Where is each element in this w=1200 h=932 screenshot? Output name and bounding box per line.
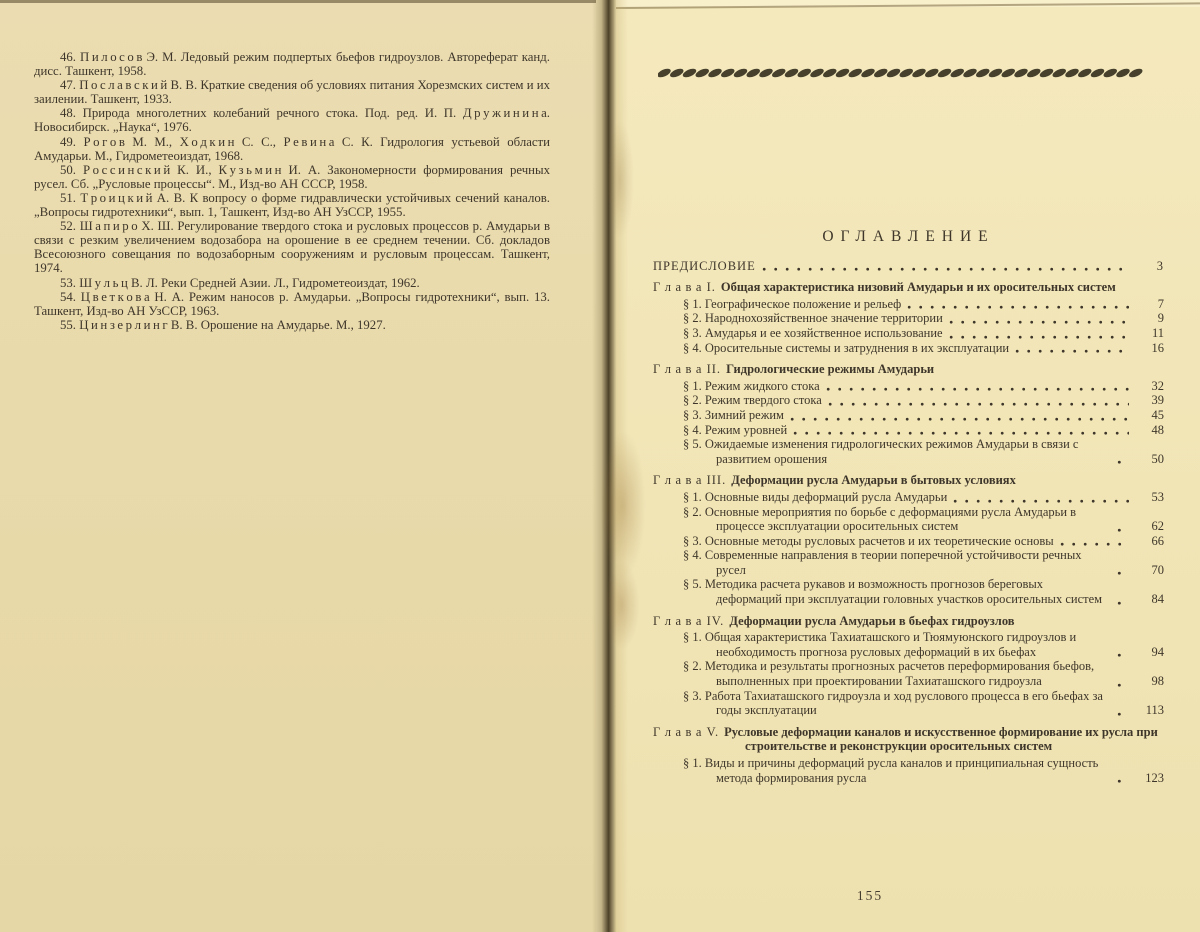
toc-entry-page: 84 [1134, 592, 1164, 607]
toc-entry: § 1. Географическое положение и рельеф7 [683, 297, 1164, 312]
toc-entry-page: 32 [1134, 379, 1164, 394]
dot-leader [1117, 705, 1129, 718]
toc-chapter-heading: Г л а в а III.Деформации русла Амударьи … [653, 473, 1164, 488]
toc-entry-page: 94 [1134, 645, 1164, 660]
bibliography-entry: 50. Р о с с и н с к и й К. И., К у з ь м… [34, 163, 550, 191]
toc-entry: § 2. Основные мероприятия по борьбе с де… [683, 505, 1164, 534]
page-number: 155 [828, 888, 912, 904]
toc-entry-text: § 2. Режим твердого стока [683, 393, 822, 408]
toc-entry: § 3. Основные методы русловых расчетов и… [683, 534, 1164, 549]
toc-entry-page: 39 [1134, 393, 1164, 408]
book-scan: { "colors":{"ink":"#3e362a","paper_left"… [0, 0, 1200, 932]
toc-entry-page: 48 [1134, 423, 1164, 438]
toc-entry-text: § 1. Режим жидкого стока [683, 379, 820, 394]
dot-leader [1117, 453, 1129, 466]
toc-chapter-heading: Г л а в а II.Гидрологические режимы Амуд… [653, 362, 1164, 377]
toc-entry-page: 66 [1134, 534, 1164, 549]
chapter-label: Г л а в а III. [653, 473, 726, 487]
toc-entry-text: § 1. Основные виды деформаций русла Амуд… [683, 490, 947, 505]
toc-entry-text: § 4. Современные направления в теории по… [683, 548, 1111, 577]
toc-entry: § 1. Общая характеристика Тахиаташского … [683, 630, 1164, 659]
toc-entry-page: 11 [1134, 326, 1164, 341]
table-of-contents: ОГЛАВЛЕНИЕ ПРЕДИСЛОВИЕ 3 Г л а в а I.Общ… [653, 230, 1164, 785]
toc-entry-page: 53 [1134, 490, 1164, 505]
toc-preface-row: ПРЕДИСЛОВИЕ 3 [653, 259, 1164, 274]
toc-entry-text: § 4. Оросительные системы и затруднения … [683, 341, 1009, 356]
toc-entry-page: 123 [1134, 771, 1164, 786]
chapter-label: Г л а в а IV. [653, 614, 724, 628]
dot-leader [826, 380, 1129, 393]
toc-entry-text: § 5. Ожидаемые изменения гидрологических… [683, 437, 1111, 466]
toc-entry: § 5. Методика расчета рукавов и возможно… [683, 577, 1164, 606]
toc-entry: § 1. Виды и причины деформаций русла кан… [683, 756, 1164, 785]
toc-entry-text: § 2. Основные мероприятия по борьбе с де… [683, 505, 1111, 534]
toc-entry: § 1. Основные виды деформаций русла Амуд… [683, 490, 1164, 505]
dot-leader [1117, 594, 1129, 607]
toc-entry-page: 16 [1134, 341, 1164, 356]
toc-entry-page: 98 [1134, 674, 1164, 689]
chapter-title: Общая характеристика низовий Амударьи и … [721, 280, 1116, 294]
toc-entry-text: § 3. Зимний режим [683, 408, 784, 423]
toc-entry-text: § 3. Основные методы русловых расчетов и… [683, 534, 1054, 549]
gutter-seam [592, 0, 628, 932]
toc-entry: § 1. Режим жидкого стока32 [683, 379, 1164, 394]
toc-body: Г л а в а I.Общая характеристика низовий… [653, 280, 1164, 785]
dot-leader [790, 410, 1129, 423]
toc-entry-page: 7 [1134, 297, 1164, 312]
toc-entry-text: § 4. Режим уровней [683, 423, 787, 438]
dot-leader [1117, 564, 1129, 577]
toc-heading: ОГЛАВЛЕНИЕ [653, 230, 1164, 245]
toc-entry-page: 70 [1134, 563, 1164, 578]
toc-entry-page: 113 [1134, 703, 1164, 718]
dot-leader [828, 395, 1129, 408]
chapter-label: Г л а в а I. [653, 280, 716, 294]
toc-entry-page: 45 [1134, 408, 1164, 423]
toc-entry-page: 62 [1134, 519, 1164, 534]
toc-preface-label: ПРЕДИСЛОВИЕ [653, 259, 756, 274]
toc-entry: § 3. Зимний режим45 [683, 408, 1164, 423]
toc-entry-text: § 1. Географическое положение и рельеф [683, 297, 901, 312]
dot-leader [1060, 535, 1129, 548]
toc-entry-text: § 2. Народнохозяйственное значение терри… [683, 311, 943, 326]
toc-chapter-heading: Г л а в а IV.Деформации русла Амударьи в… [653, 614, 1164, 629]
toc-entry: § 2. Режим твердого стока39 [683, 393, 1164, 408]
bibliography-entry: 51. Т р о и ц к и й А. В. К вопросу о фо… [34, 191, 550, 219]
left-page-top-edge [0, 0, 596, 3]
toc-entry-text: § 1. Общая характеристика Тахиаташского … [683, 630, 1111, 659]
toc-entry: § 4. Современные направления в теории по… [683, 548, 1164, 577]
dot-leader [1117, 646, 1129, 659]
toc-entry: § 5. Ожидаемые изменения гидрологических… [683, 437, 1164, 466]
toc-entry: § 2. Методика и результаты прогнозных ра… [683, 659, 1164, 688]
bibliography-entry: 48. Природа многолетних колебаний речног… [34, 106, 550, 134]
dot-leader [1117, 521, 1129, 534]
dot-leader [949, 328, 1129, 341]
toc-entry-text: § 3. Амударья и ее хозяйственное использ… [683, 326, 943, 341]
chapter-title: Русловые деформации каналов и искусствен… [724, 725, 1158, 754]
toc-chapter-heading: Г л а в а I.Общая характеристика низовий… [653, 280, 1164, 295]
bibliography-entry: 52. Ш а п и р о Х. Ш. Регулирование твер… [34, 219, 550, 275]
toc-entry: § 4. Оросительные системы и затруднения … [683, 341, 1164, 356]
dot-leader [1015, 342, 1129, 355]
bibliography-list: 46. П и л о с о в Э. М. Ледовый режим по… [34, 50, 550, 332]
chapter-title: Деформации русла Амударьи в бьефах гидро… [729, 614, 1014, 628]
dot-leader [1117, 772, 1129, 785]
dot-leader [793, 424, 1129, 437]
dot-leader [1117, 676, 1129, 689]
bibliography-entry: 54. Ц в е т к о в а Н. А. Режим наносов … [34, 290, 550, 318]
toc-entry-page: 9 [1134, 311, 1164, 326]
rope-ornament [658, 64, 1146, 82]
bibliography-entry: 53. Ш у л ь ц В. Л. Реки Средней Азии. Л… [34, 276, 550, 290]
dot-leader [953, 492, 1129, 505]
toc-entry-page: 50 [1134, 452, 1164, 467]
toc-preface-page: 3 [1134, 259, 1164, 274]
toc-entry: § 3. Работа Тахиаташского гидроузла и хо… [683, 689, 1164, 718]
chapter-title: Гидрологические режимы Амударьи [726, 362, 934, 376]
toc-entry-text: § 3. Работа Тахиаташского гидроузла и хо… [683, 689, 1111, 718]
toc-entry-text: § 1. Виды и причины деформаций русла кан… [683, 756, 1111, 785]
dot-leader [907, 298, 1129, 311]
dot-leader [762, 260, 1129, 273]
toc-entry: § 3. Амударья и ее хозяйственное использ… [683, 326, 1164, 341]
toc-entry-text: § 2. Методика и результаты прогнозных ра… [683, 659, 1111, 688]
dot-leader [949, 313, 1129, 326]
bibliography-entry: 47. П о с л а в с к и й В. В. Краткие св… [34, 78, 550, 106]
bibliography-entry: 49. Р о г о в М. М., Х о д к и н С. С., … [34, 135, 550, 163]
toc-entry: § 2. Народнохозяйственное значение терри… [683, 311, 1164, 326]
chapter-label: Г л а в а V. [653, 725, 719, 739]
bibliography-entry: 46. П и л о с о в Э. М. Ледовый режим по… [34, 50, 550, 78]
toc-entry-text: § 5. Методика расчета рукавов и возможно… [683, 577, 1111, 606]
chapter-title: Деформации русла Амударьи в бытовых усло… [731, 473, 1016, 487]
chapter-label: Г л а в а II. [653, 362, 721, 376]
toc-chapter-heading: Г л а в а V.Русловые деформации каналов … [653, 725, 1164, 754]
toc-entry: § 4. Режим уровней48 [683, 423, 1164, 438]
bibliography-entry: 55. Ц и н з е р л и н г В. В. Орошение н… [34, 318, 550, 332]
